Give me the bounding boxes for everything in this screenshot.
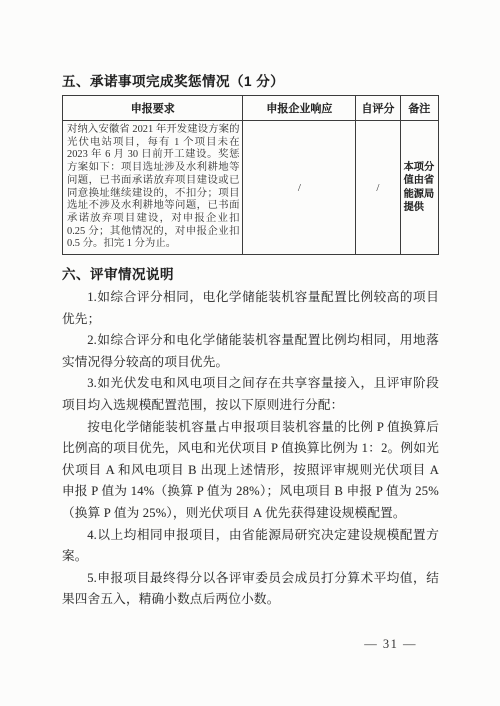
paragraph-4: 按电化学储能装机容量占申报项目装机容量的比例 P 值换算后比例高的项目优先，风电… [62, 417, 439, 525]
reward-penalty-table: 申报要求 申报企业响应 自评分 备注 对纳入安徽省 2021 年开发建设方案的光… [62, 95, 439, 255]
paragraph-2: 2.如综合评分和电化学储能装机容量配置比例均相同，用地落实情况得分较高的项目优先… [62, 330, 439, 373]
paragraph-1: 1.如综合评分相同，电化学储能装机容量配置比例较高的项目优先； [62, 287, 439, 330]
paragraph-3: 3.如光伏发电和风电项目之间存在共享容量接入，且评审阶段项目均入选规模配置范围，… [62, 373, 439, 416]
page-number: — 31 — [364, 637, 417, 652]
col-header-self-score: 自评分 [356, 96, 400, 121]
response-cell: / [243, 121, 356, 255]
remark-cell: 本项分值由省能源局提供 [400, 121, 438, 255]
page-content: 五、承诺事项完成奖惩情况（1 分） 申报要求 申报企业响应 自评分 备注 对纳入… [62, 73, 439, 611]
self-score-cell: / [356, 121, 400, 255]
table-header-row: 申报要求 申报企业响应 自评分 备注 [63, 96, 439, 121]
paragraph-6: 5.申报项目最终得分以各评审委员会成员打分算术平均值，结果四舍五入，精确小数点后… [62, 568, 439, 611]
section6-heading: 六、评审情况说明 [62, 266, 439, 283]
col-header-response: 申报企业响应 [243, 96, 356, 121]
paragraph-5: 4.以上均相同申报项目，由省能源局研究决定建设规模配置方案。 [62, 525, 439, 568]
col-header-requirement: 申报要求 [63, 96, 243, 121]
document-page: 五、承诺事项完成奖惩情况（1 分） 申报要求 申报企业响应 自评分 备注 对纳入… [0, 0, 500, 706]
table-row: 对纳入安徽省 2021 年开发建设方案的光伏电站项目，每有 1 个项目未在 20… [63, 121, 439, 255]
requirement-cell: 对纳入安徽省 2021 年开发建设方案的光伏电站项目，每有 1 个项目未在 20… [63, 121, 243, 255]
section5-heading: 五、承诺事项完成奖惩情况（1 分） [62, 73, 439, 90]
col-header-remark: 备注 [400, 96, 438, 121]
